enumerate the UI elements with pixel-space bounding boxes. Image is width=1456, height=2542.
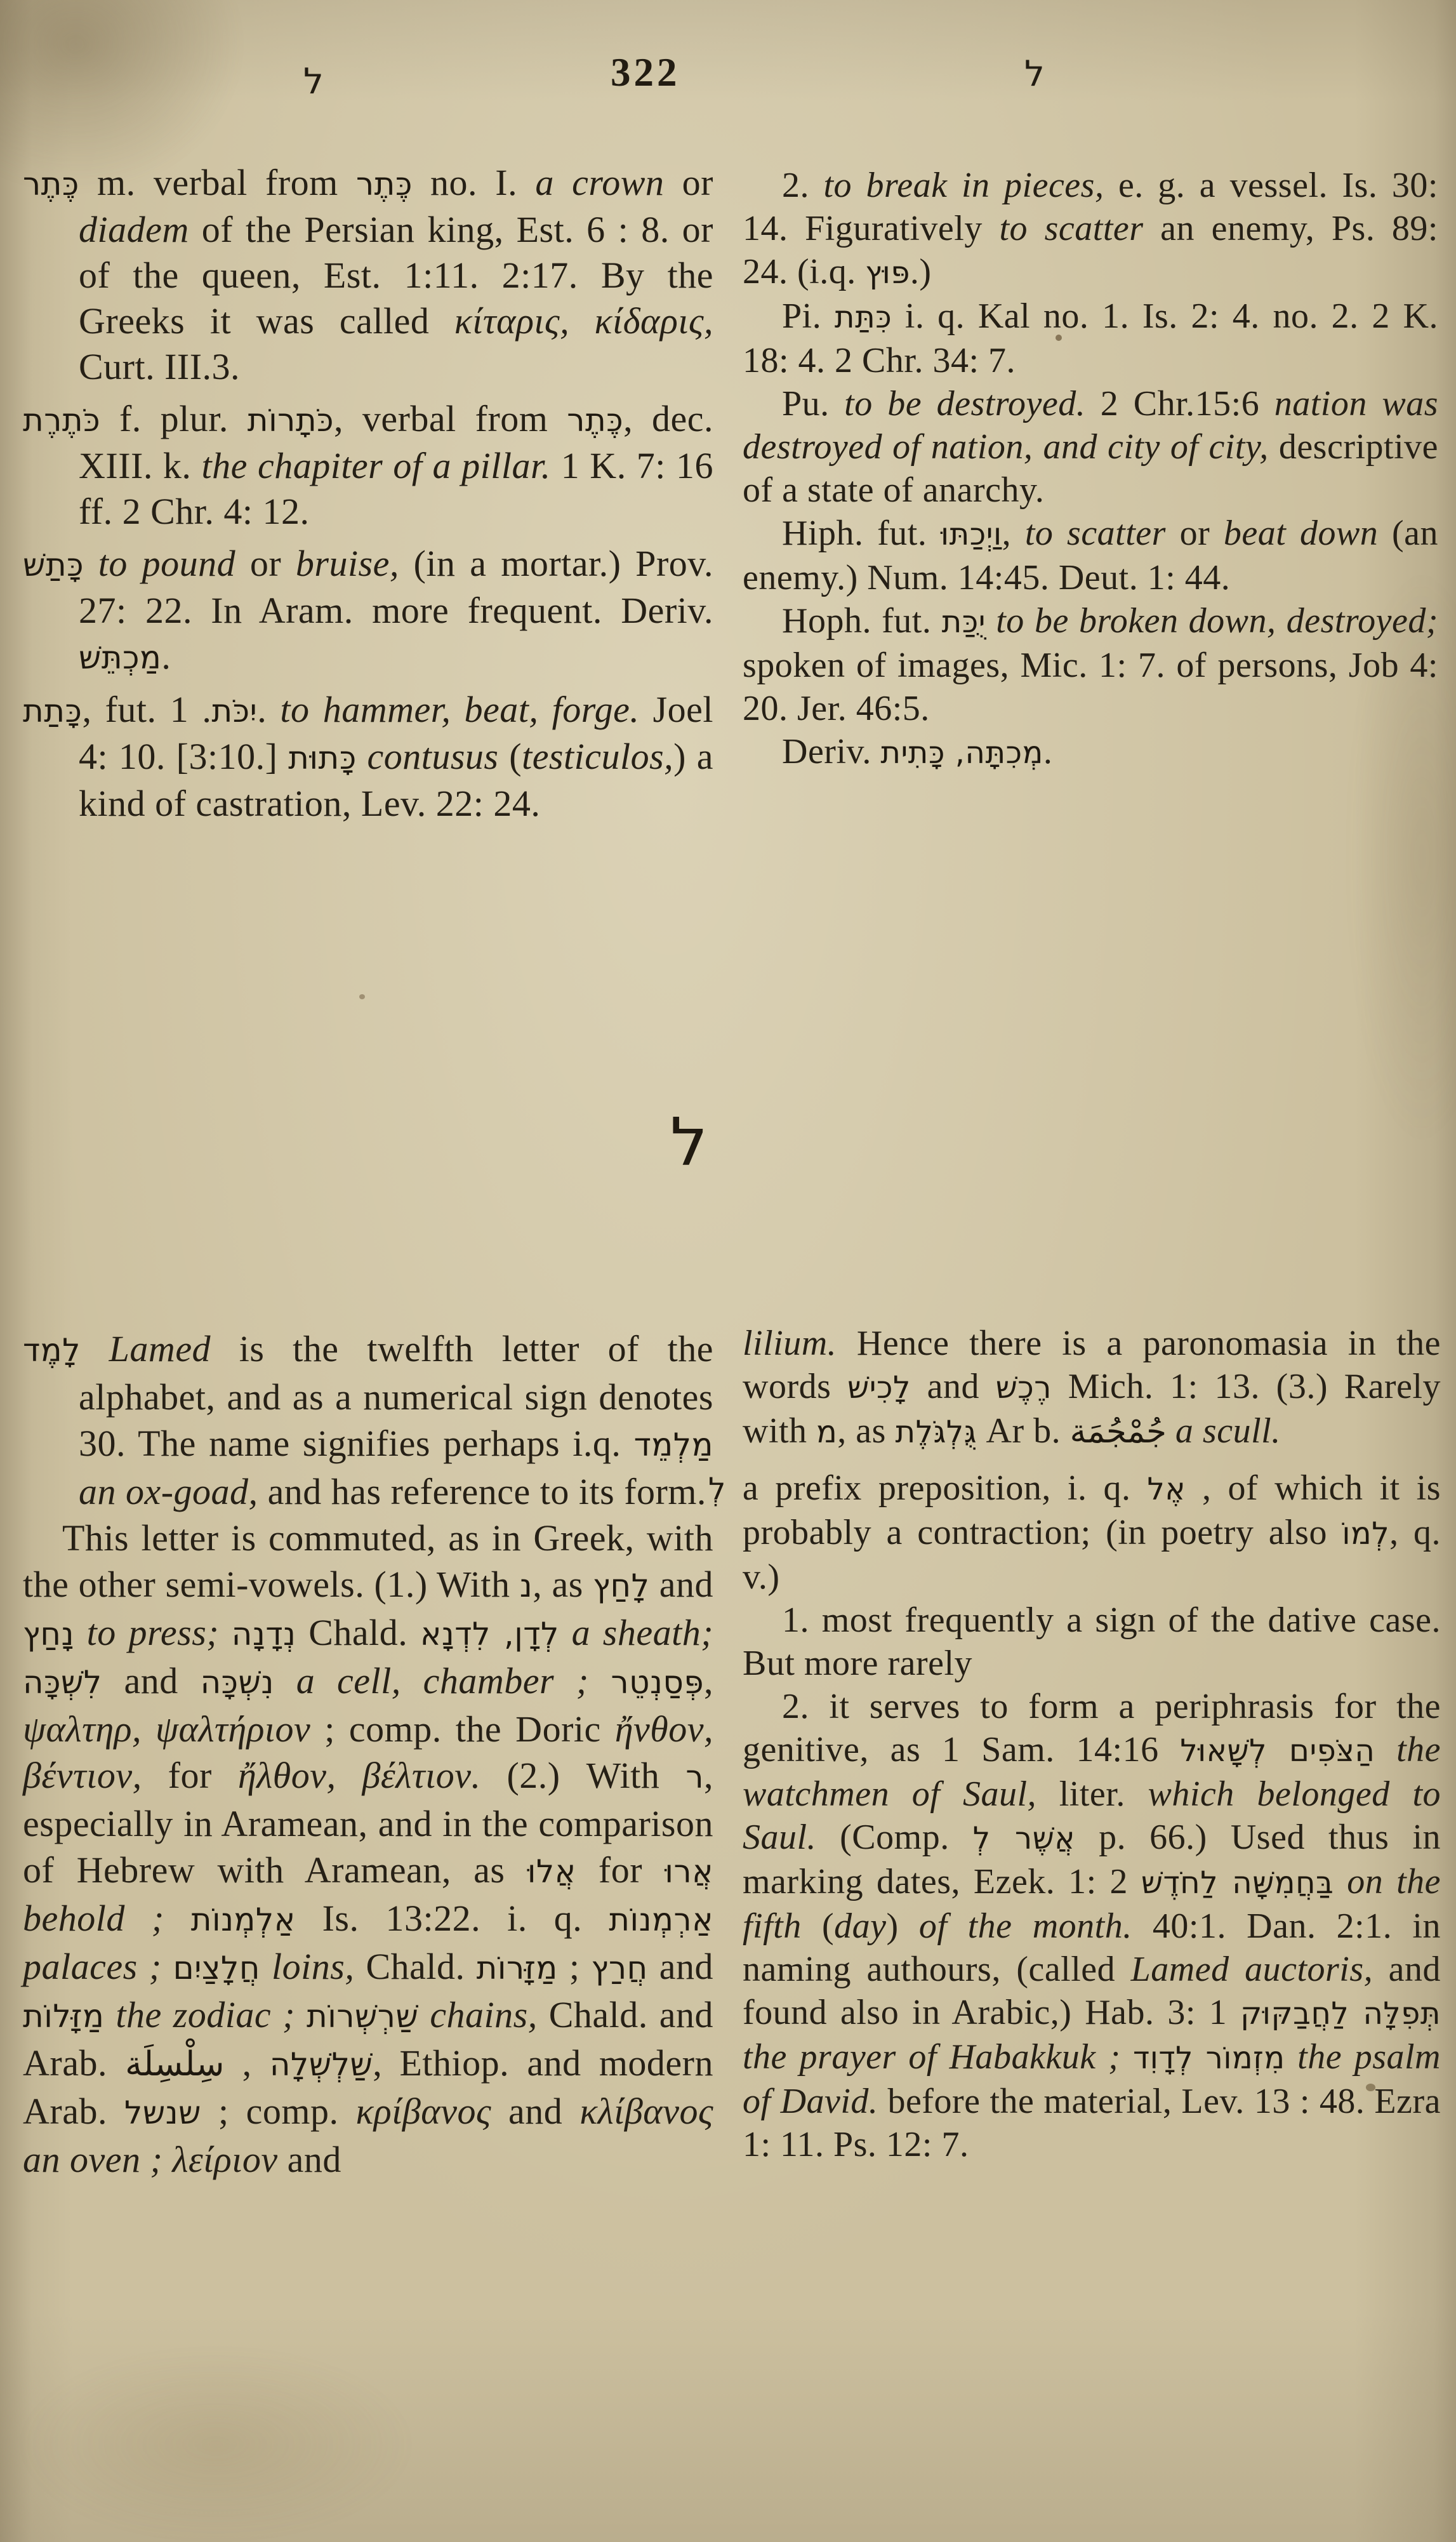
hebrew-text: לָמֶד bbox=[23, 1332, 81, 1369]
hebrew-text: מַכְתֵּשׁ bbox=[79, 639, 161, 676]
hebrew-text: רֶכֶשׁ bbox=[996, 1370, 1052, 1406]
greek-text: λείριον bbox=[172, 2139, 277, 2180]
body-text: 2. bbox=[782, 166, 824, 205]
hophal-paragraph: Hoph. fut. יֻכַּת to be broken down, des… bbox=[743, 599, 1438, 730]
arabic-text: سِلْسِلَة bbox=[125, 2044, 224, 2084]
body-text bbox=[1193, 2037, 1206, 2077]
body-text: Pi. bbox=[782, 296, 835, 336]
sense-1-dative: 1. most frequently a sign of the dative … bbox=[743, 1599, 1441, 1685]
body-text: , bbox=[704, 1660, 713, 1701]
hebrew-text: מִזְמוֹר bbox=[1206, 2040, 1285, 2076]
body-text: or bbox=[1166, 514, 1224, 553]
body-text: ; comp. the Doric bbox=[310, 1708, 614, 1750]
italic-text: loins, bbox=[272, 1946, 354, 1987]
hebrew-text: גֻּלְגֹּלֶת bbox=[895, 1414, 977, 1450]
section-divider-letter: ל bbox=[670, 1103, 708, 1181]
hebrew-text: שַׁלְשְׁלָה bbox=[270, 2046, 373, 2083]
letter-commutation-paragraph: This letter is commuted, as in Greek, wi… bbox=[23, 1515, 713, 2183]
italic-text: behold ; bbox=[23, 1898, 164, 1939]
sense-2-genitive: 2. it serves to form a periphrasis for t… bbox=[743, 1685, 1441, 2166]
continuation-lilium: lilium. Hence there is a paronomasia in … bbox=[743, 1322, 1441, 1454]
top-left-column: כֶּתֶר m. verbal from כֶּתֶר no. I. a cr… bbox=[23, 160, 713, 827]
body-text bbox=[986, 601, 996, 641]
body-text: , bbox=[224, 2042, 269, 2084]
piel-paragraph: Pi. כִּתַּת i. q. Kal no. 1. Is. 2: 4. n… bbox=[743, 295, 1438, 382]
hebrew-text: נִשְׁכָּה bbox=[201, 1664, 274, 1701]
body-text: ; bbox=[558, 1946, 592, 1987]
hebrew-text: לָחַץ bbox=[593, 1567, 649, 1604]
body-text: Deriv. bbox=[782, 732, 880, 771]
body-text: , as bbox=[533, 1564, 593, 1605]
body-text bbox=[84, 543, 98, 584]
entry-katash: כָּתַשׁ to pound or bruise, (in a mortar… bbox=[23, 541, 713, 681]
hebrew-text: כֹּתֶרֶת bbox=[23, 402, 100, 439]
body-text: Hoph. fut. bbox=[782, 601, 942, 641]
hebrew-text: וַיְכַתּוּ bbox=[941, 517, 1002, 552]
body-text: Hiph. fut. bbox=[782, 514, 941, 553]
hebrew-text: חֲרַץ bbox=[592, 1950, 648, 1986]
body-text bbox=[1167, 1411, 1175, 1451]
italic-text: to scatter bbox=[1025, 514, 1166, 553]
pual-paragraph: Pu. to be destroyed. 2 Chr.15:6 nation w… bbox=[743, 382, 1438, 512]
italic-text: diadem bbox=[79, 209, 189, 250]
hebrew-text: לְמוֹ bbox=[1342, 1516, 1389, 1552]
body-text: ( bbox=[802, 1906, 834, 1946]
entry-keter: כֶּתֶר m. verbal from כֶּתֶר no. I. a cr… bbox=[23, 160, 713, 390]
hebrew-text: לְדָוִד bbox=[1133, 2040, 1193, 2076]
page-number: 322 bbox=[611, 50, 680, 96]
header-guide-letter-right: ל bbox=[1024, 53, 1045, 95]
body-text: and bbox=[491, 2091, 579, 2132]
hebrew-text: תְּפִלָּה לַחֲבַקּוּק bbox=[1240, 1996, 1441, 2032]
hebrew-text: יֻכַּת bbox=[942, 604, 986, 640]
body-text bbox=[1285, 2037, 1298, 2077]
body-text bbox=[260, 1946, 272, 1987]
body-text: for bbox=[576, 1849, 665, 1891]
body-text: ( bbox=[498, 736, 522, 777]
hebrew-text: מְכִתָּה, כָּתִית bbox=[880, 735, 1043, 771]
hebrew-text: אֶל bbox=[1147, 1472, 1186, 1507]
hebrew-text: מַלְמֵד bbox=[634, 1427, 713, 1463]
body-text bbox=[74, 1612, 87, 1653]
hebrew-text: כָּתַשׁ bbox=[23, 547, 84, 583]
hebrew-text: לִשְׁכָּה bbox=[23, 1664, 102, 1701]
hebrew-text: מַזָּרוֹת bbox=[477, 1950, 558, 1986]
body-text: liter. bbox=[1036, 1774, 1148, 1814]
italic-text: to press; bbox=[87, 1612, 219, 1653]
body-text bbox=[219, 1612, 232, 1653]
top-right-column: 2. to break in pieces, e. g. a vessel. I… bbox=[743, 164, 1438, 775]
entry-lamed-letter: לָמֶד Lamed is the twelfth letter of the… bbox=[23, 1326, 713, 1515]
ink-speck bbox=[359, 994, 365, 999]
body-text: ; comp. bbox=[201, 2091, 356, 2132]
hebrew-text: פְּסַנְטֵר bbox=[611, 1664, 704, 1701]
body-text bbox=[162, 2139, 172, 2180]
body-text: , verbal from bbox=[334, 398, 567, 439]
lamed-right-column: lilium. Hence there is a paronomasia in … bbox=[743, 1322, 1441, 2166]
body-text bbox=[418, 1994, 430, 2035]
hebrew-text: מ bbox=[816, 1414, 837, 1450]
italic-text: a sheath; bbox=[572, 1612, 713, 1653]
italic-text: testiculos, bbox=[522, 736, 673, 777]
body-text bbox=[164, 1898, 191, 1939]
italic-text: the zodiac ; bbox=[116, 1994, 295, 2035]
italic-text: chains, bbox=[430, 1994, 537, 2035]
greek-text: ἤλθον, βέλτιον. bbox=[238, 1755, 481, 1796]
body-text: and has reference to its form. bbox=[258, 1471, 706, 1512]
italic-text: of the month. bbox=[919, 1906, 1132, 1946]
body-text: and bbox=[648, 1946, 713, 1987]
italic-text: the chapiter of a pillar. bbox=[202, 445, 551, 486]
arabic-text: جُمْجُمَة bbox=[1070, 1413, 1167, 1451]
sense-2-break-in-pieces: 2. to break in pieces, e. g. a vessel. I… bbox=[743, 164, 1438, 295]
hebrew-text: יִכֹּת bbox=[211, 693, 257, 729]
italic-text: an oven ; bbox=[23, 2139, 162, 2180]
italic-text: day bbox=[834, 1906, 886, 1946]
italic-text: contusus bbox=[367, 736, 498, 777]
italic-text: beat down bbox=[1224, 514, 1378, 553]
derivatives-paragraph: Deriv. מְכִתָּה, כָּתִית. bbox=[743, 730, 1438, 775]
hebrew-text: כֶּתֶר bbox=[567, 402, 623, 439]
italic-text: Lamed bbox=[109, 1328, 211, 1369]
hebrew-text: לְ bbox=[708, 1472, 726, 1507]
hebrew-text: בַּחֲמִשָּׁה לַחֹדֶשׁ bbox=[1141, 1865, 1334, 1901]
italic-text: Lamed auctoris, bbox=[1131, 1950, 1373, 1989]
body-text: Chald. bbox=[296, 1612, 420, 1653]
body-text: f. plur. bbox=[100, 398, 248, 439]
body-text bbox=[81, 1328, 109, 1369]
hebrew-text: מַזָּלוֹת bbox=[23, 1998, 104, 2035]
italic-text: to hammer, beat, forge. bbox=[280, 689, 639, 730]
italic-text: lilium. bbox=[743, 1324, 837, 1363]
body-text: and bbox=[911, 1367, 996, 1406]
body-text: , bbox=[1002, 514, 1025, 553]
body-text: .) bbox=[910, 252, 932, 291]
body-text bbox=[1375, 1730, 1396, 1769]
body-text: . bbox=[1043, 732, 1053, 771]
body-text bbox=[104, 1994, 116, 2035]
body-text: or bbox=[664, 162, 713, 203]
body-text: Pu. bbox=[782, 384, 844, 423]
paper-stain bbox=[19, 2349, 413, 2539]
hebrew-text: הַצֹּפִים לְשָׁאוּל bbox=[1180, 1733, 1375, 1769]
hebrew-text: חֲלָצַיִם bbox=[173, 1950, 260, 1986]
body-text: a prefix preposition, i. q. bbox=[726, 1468, 1148, 1508]
body-text: or bbox=[235, 543, 296, 584]
hebrew-text: אֲרוּ bbox=[665, 1853, 713, 1890]
hebrew-text: שנשל bbox=[124, 2094, 201, 2131]
body-text: Curt. III.3. bbox=[79, 346, 240, 387]
body-text: , as bbox=[837, 1411, 895, 1451]
body-text bbox=[274, 1660, 296, 1701]
italic-text: palaces ; bbox=[23, 1946, 162, 1987]
body-text: no. I. bbox=[413, 162, 536, 203]
hebrew-text: אֲלוּ bbox=[527, 1853, 576, 1890]
body-text: 1. most frequently a sign of the dative … bbox=[743, 1600, 1441, 1683]
body-text: (2.) With bbox=[480, 1755, 685, 1796]
body-text bbox=[357, 736, 367, 777]
greek-text: κίταρις, κίδαρις, bbox=[454, 300, 713, 342]
body-text: for bbox=[142, 1755, 238, 1796]
scanned-lexicon-page: ל 322 ל כֶּתֶר m. verbal from כֶּתֶר no.… bbox=[0, 0, 1456, 2542]
body-text bbox=[1334, 1862, 1347, 1901]
hebrew-text: כָּתוּת bbox=[288, 740, 357, 776]
italic-text: to break in pieces, bbox=[824, 166, 1104, 205]
greek-text: ψαλτηρ, ψαλτήριον bbox=[23, 1708, 310, 1750]
hebrew-text: כֹּתָרוֹת bbox=[248, 402, 334, 439]
header-guide-letter-left: ל bbox=[303, 61, 324, 102]
body-text: and bbox=[102, 1660, 201, 1701]
hebrew-text: אַרְמְנוֹת bbox=[609, 1901, 713, 1938]
hebrew-text: כֶּתֶר bbox=[356, 166, 413, 203]
hebrew-text: נ bbox=[520, 1567, 533, 1604]
italic-text: an ox-goad, bbox=[79, 1471, 258, 1512]
greek-text: κρίβανος bbox=[356, 2091, 491, 2132]
body-text: m. verbal from bbox=[79, 162, 356, 203]
entry-lamed-preposition: לְ a prefix preposition, i. q. אֶל , of … bbox=[743, 1467, 1441, 1599]
body-text: , fut. bbox=[82, 689, 169, 730]
hebrew-text: אַלְמְנוֹת bbox=[191, 1901, 296, 1938]
body-text bbox=[1120, 2037, 1133, 2077]
hebrew-text: שַׁרְשְׁרוֹת bbox=[307, 1998, 418, 2035]
body-text bbox=[559, 1612, 572, 1653]
body-text: spoken of images, Mic. 1: 7. of persons,… bbox=[743, 646, 1438, 728]
italic-text: the prayer of Habakkuk ; bbox=[743, 2037, 1120, 2077]
body-text bbox=[589, 1660, 611, 1701]
body-text bbox=[162, 1946, 173, 1987]
body-text: Chald. bbox=[354, 1946, 476, 1987]
body-text: ) bbox=[886, 1906, 918, 1946]
hebrew-text: לָכִישׁ bbox=[847, 1370, 911, 1406]
hiphil-paragraph: Hiph. fut. וַיְכַתּוּ, to scatter or bea… bbox=[743, 512, 1438, 599]
hebrew-text: פּוּץ bbox=[865, 255, 910, 291]
italic-text: to be destroyed. bbox=[844, 384, 1085, 423]
italic-text: to scatter bbox=[999, 209, 1143, 248]
italic-text: to pound bbox=[98, 543, 235, 584]
body-text: . bbox=[161, 635, 171, 677]
hebrew-text: כֶּתֶר bbox=[23, 166, 79, 203]
entry-katat: כָּתַת, fut. יִכֹּת. 1. to hammer, beat,… bbox=[23, 687, 713, 827]
hebrew-text: ר bbox=[685, 1759, 704, 1795]
hebrew-text: לְדָן, לִדְנָא bbox=[420, 1616, 559, 1653]
body-text: 2 Chr.15:6 bbox=[1085, 384, 1274, 423]
hebrew-text: נָחַץ bbox=[23, 1616, 74, 1653]
hebrew-text: כִּתַּת bbox=[835, 300, 892, 335]
italic-text: a scull. bbox=[1175, 1411, 1281, 1451]
hebrew-text: נְדָנָה bbox=[232, 1616, 296, 1653]
body-text: and bbox=[649, 1564, 713, 1605]
hebrew-text: כָּתַת bbox=[23, 693, 82, 729]
italic-text: a crown bbox=[535, 162, 664, 203]
entry-koteret: כֹּתֶרֶת f. plur. כֹּתָרוֹת, verbal from… bbox=[23, 396, 713, 535]
hebrew-text: אֲשֶׁר לְ bbox=[973, 1821, 1075, 1856]
body-text: Ar b. bbox=[977, 1411, 1070, 1451]
greek-text: κλίβανος bbox=[579, 2091, 713, 2132]
body-text: Is. 13:22. i. q. bbox=[296, 1898, 609, 1939]
italic-text: to be broken down, destroyed; bbox=[996, 601, 1438, 641]
italic-text: bruise, bbox=[296, 543, 399, 584]
body-text bbox=[295, 1994, 307, 2035]
lamed-left-column: לָמֶד Lamed is the twelfth letter of the… bbox=[23, 1326, 713, 2183]
body-text: and bbox=[278, 2139, 341, 2180]
italic-text: a cell, chamber ; bbox=[296, 1660, 589, 1701]
body-text: (Comp. bbox=[816, 1818, 973, 1857]
